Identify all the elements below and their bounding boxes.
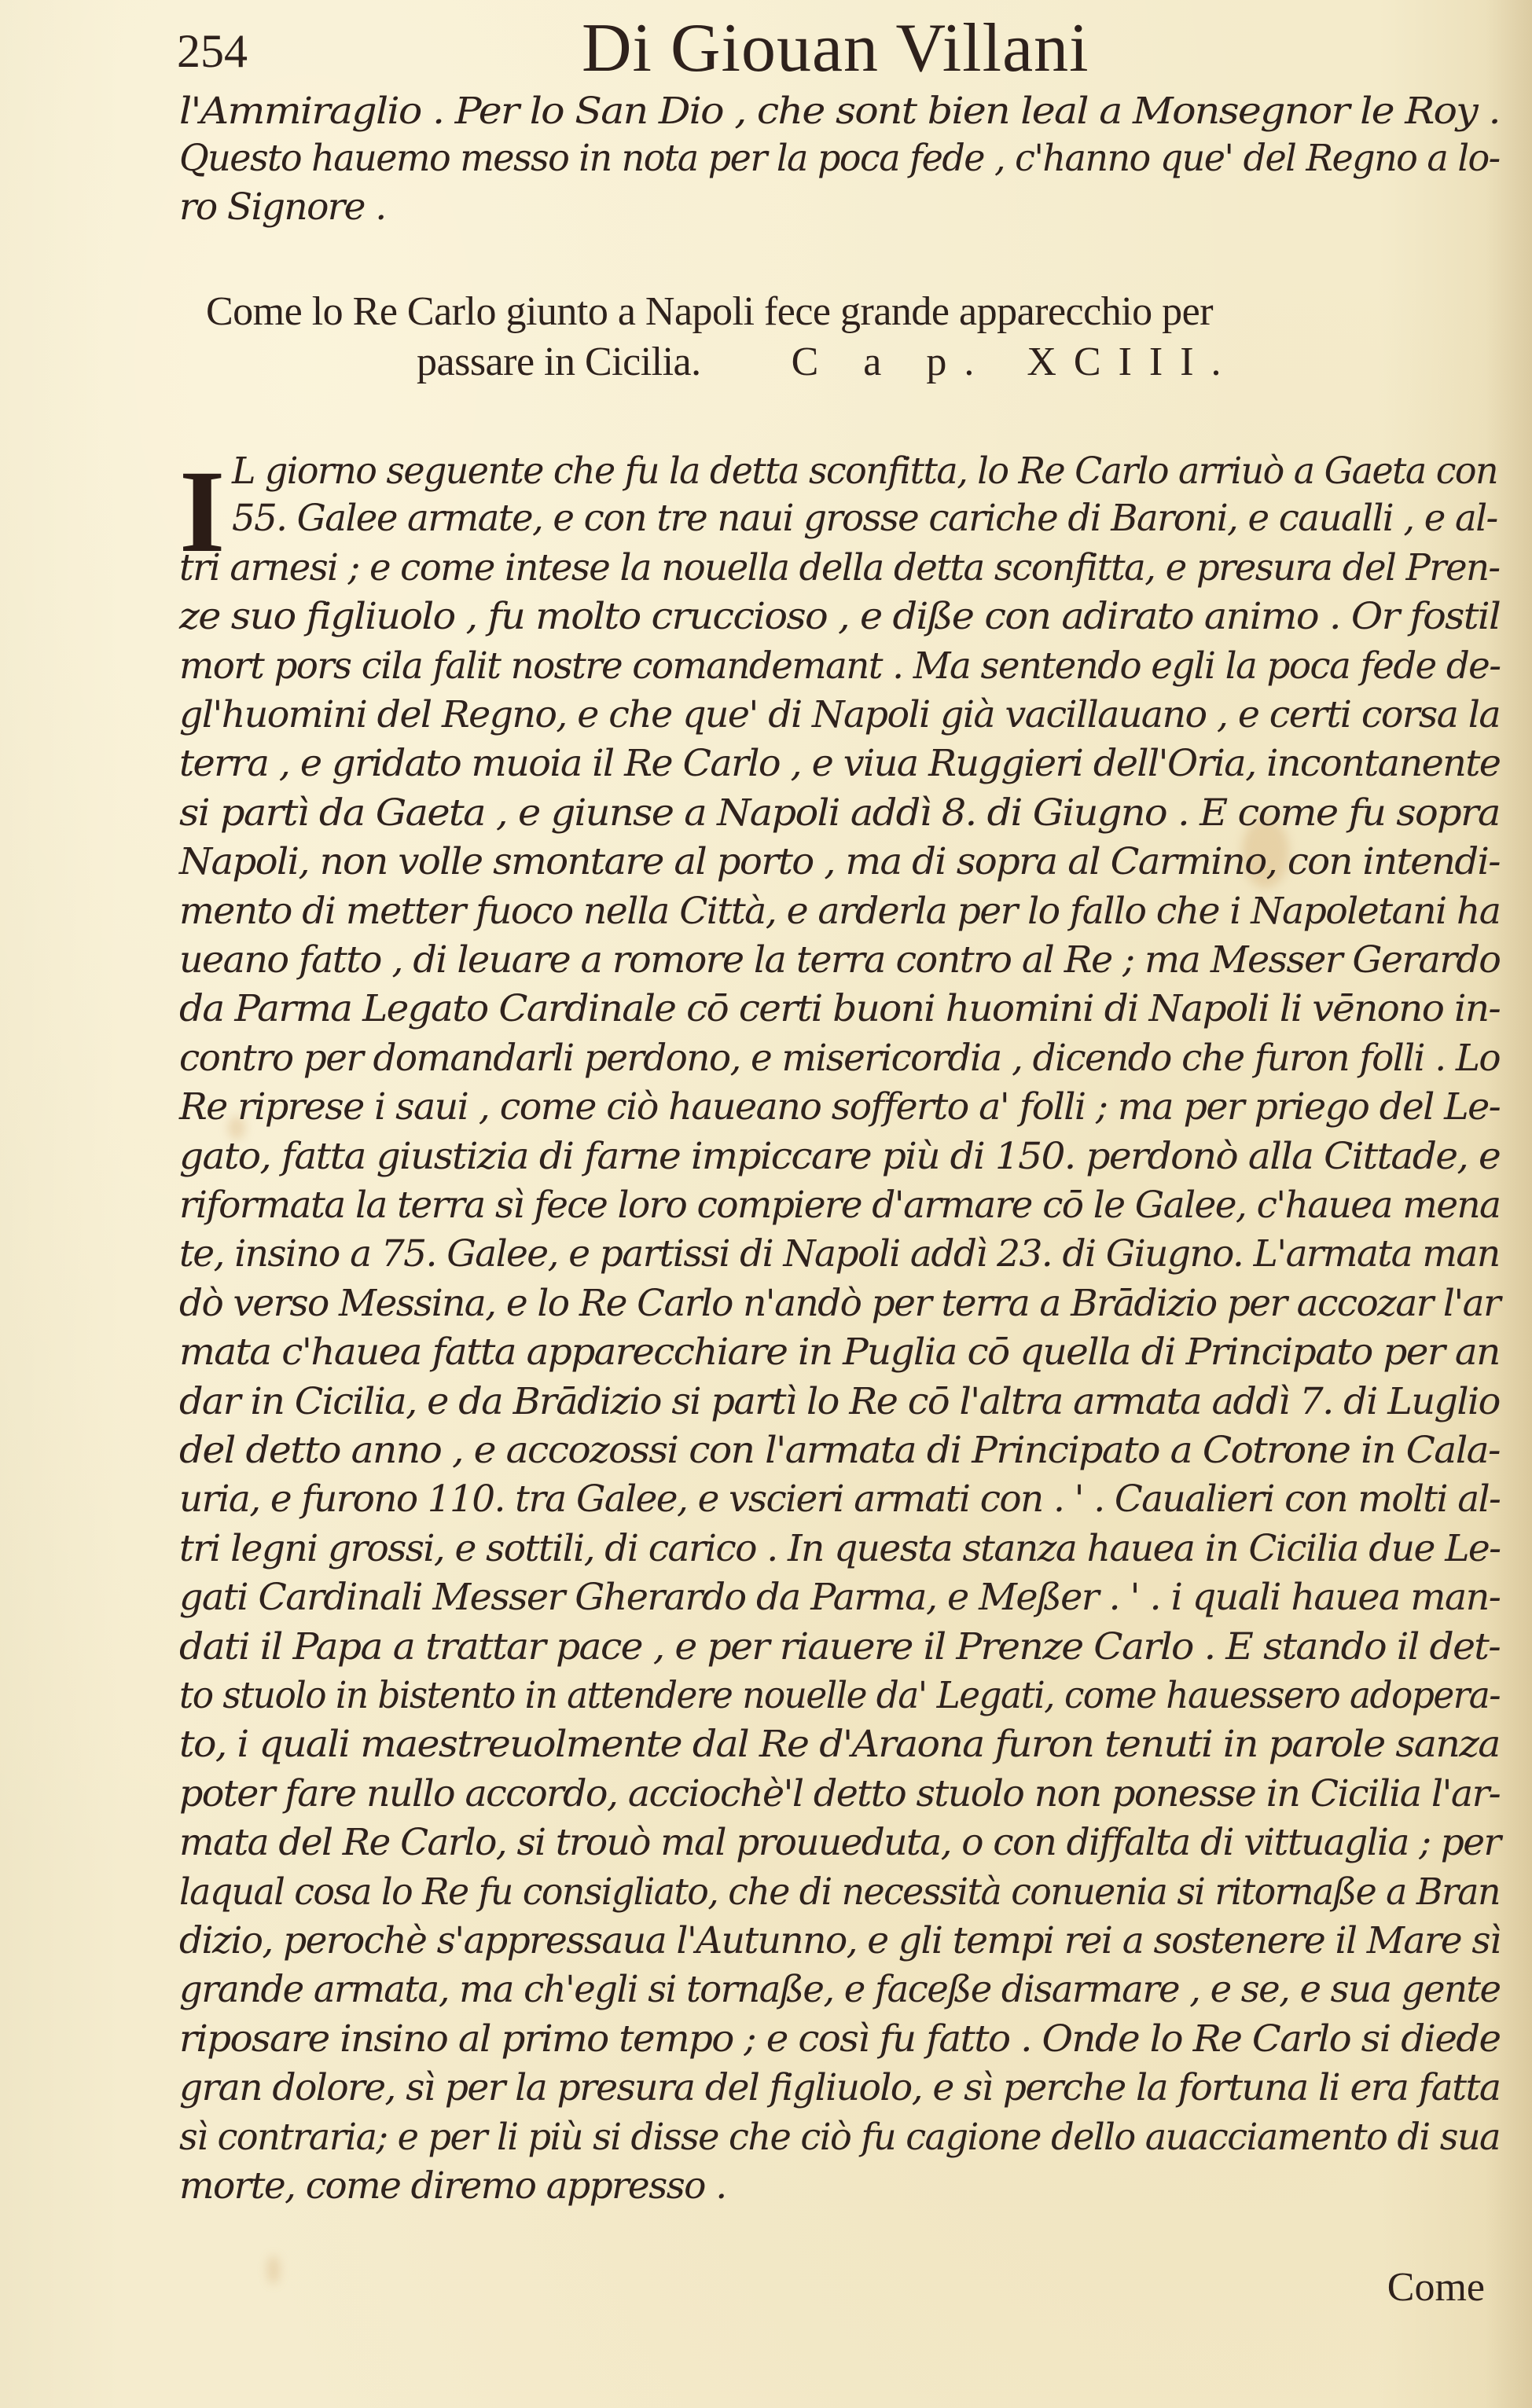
text-line: L giorno seguente che fu la detta sconfi… [232,448,1497,495]
text-line: laqual cosa lo Re fu consigliato, che di… [179,1869,1500,1916]
chapter-title-line-2-row: passare in Cicilia. C a p. XCIII. [417,338,1239,387]
text-line: grande armata, ma ch'egli si tornaße, e … [179,1966,1500,2013]
text-line: dar in Cicilia, e da Brādizio si partì l… [179,1378,1500,1426]
text-line: contro per domandarli perdono, e miseric… [179,1035,1500,1082]
text-line: gato, fatta giustizia di farne impiccare… [179,1133,1500,1180]
text-line: mento di metter fuoco nella Città, e ard… [179,888,1500,935]
chapter-title-line-1: Come lo Re Carlo giunto a Napoli fece gr… [206,288,1213,336]
text-line: Napoli, non volle smontare al porto , ma… [179,839,1500,886]
text-line: morte, come diremo appresso . [179,2163,1500,2210]
catchword: Come [1387,2263,1485,2312]
text-line: dò verso Messina, e lo Re Carlo n'andò p… [179,1280,1500,1327]
text-line: mata del Re Carlo, si trouò mal prouuedu… [179,1819,1500,1867]
book-page: 254 Di Giouan Villani l'Ammiraglio . Per… [0,0,1532,2408]
text-line: to, i quali maestreuolmente dal Re d'Ara… [179,1721,1500,1768]
text-line: Re riprese i saui , come ciò haueano sof… [179,1084,1500,1131]
text-line: uria, e furono 110. tra Galee, e vscieri… [179,1476,1500,1523]
text-line: to stuolo in bistento in attendere nouel… [179,1672,1500,1720]
text-line: riposare insino al primo tempo ; e così … [179,2016,1500,2063]
text-line: mata c'hauea fatta apparecchiare in Pugl… [179,1329,1500,1376]
chapter-cap-label: C a p. [792,340,992,384]
text-line: del detto anno , e accozossi con l'armat… [179,1427,1500,1474]
text-line: dizio, perochè s'appressaua l'Autunno, e… [179,1918,1500,1965]
chapter-number: XCIII. [1027,340,1238,384]
text-line: gati Cardinali Messer Gherardo da Parma,… [179,1574,1500,1621]
text-line: l'Ammiraglio . Per lo San Dio , che sont… [179,88,1500,135]
text-line: poter fare nullo accordo, acciochè'l det… [179,1771,1500,1818]
page-number: 254 [177,24,248,79]
text-line: ze suo figliuolo , fu molto cruccioso , … [179,593,1500,641]
text-line: terra , e gridato muoia il Re Carlo , e … [179,740,1500,787]
text-line: ro Signore . [179,184,1500,231]
text-line: si partì da Gaeta , e giunse a Napoli ad… [179,790,1500,837]
text-line: gl'huomini del Regno, e che que' di Napo… [179,692,1500,739]
text-line: riformata la terra sì fece loro compiere… [179,1182,1500,1229]
text-line: te, insino a 75. Galee, e partissi di Na… [179,1231,1500,1278]
text-line: Questo hauemo messo in nota per la poca … [179,135,1500,182]
text-line: dati il Papa a trattar pace , e per riau… [179,1624,1500,1671]
running-head: Di Giouan Villani [582,9,1089,88]
text-line: gran dolore, sì per la presura del figli… [179,2065,1500,2112]
chapter-title-line-2: passare in Cicilia. [417,340,701,384]
text-line: mort pors cila falit nostre comandemant … [179,643,1500,690]
text-line: da Parma Legato Cardinale cō certi buoni… [179,986,1500,1033]
text-line: tri legni grossi, e sottili, di carico .… [179,1525,1500,1573]
text-line: sì contraria; e per li più si disse che … [179,2114,1500,2161]
foxing-stain [267,2256,280,2284]
text-line: 55. Galee armate, e con tre naui grosse … [232,495,1497,542]
text-line: ueano fatto , di leuare a romore la terr… [179,937,1500,984]
text-line: tri arnesi ; e come intese la nouella de… [179,545,1500,592]
